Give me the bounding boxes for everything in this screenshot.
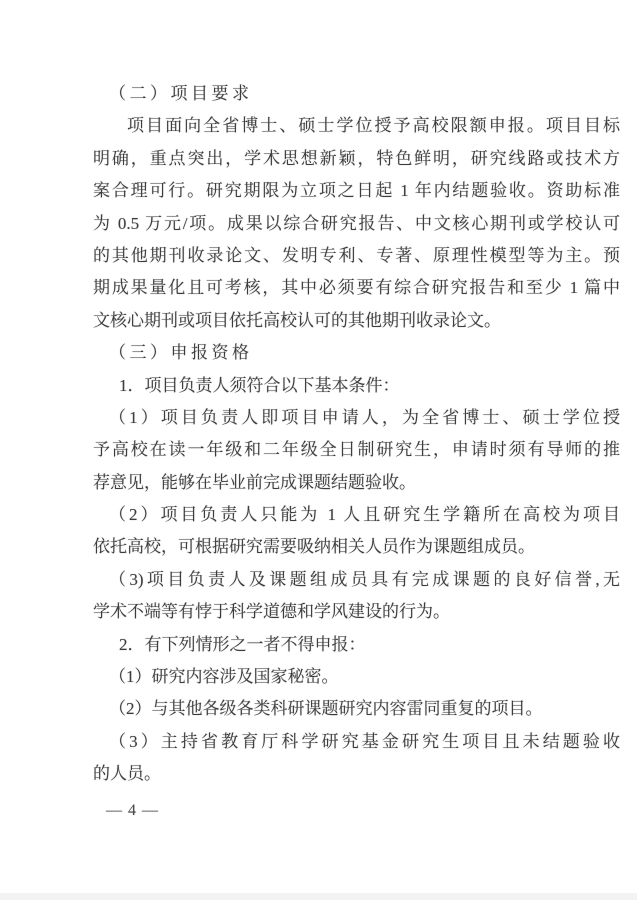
section-heading-2: （二）项目要求 (93, 78, 620, 110)
text-line: 案合理可行。研究期限为立项之日起 1 年内结题验收。资助标准 (93, 175, 620, 207)
section-heading-3: （三）申报资格 (93, 337, 620, 369)
document-page: （二）项目要求 项目面向全省博士、硕士学位授予高校限额申报。项目目标 明确，重点… (0, 0, 637, 900)
sub-item-1-line: （1）项目负责人即项目申请人，为全省博士、硕士学位授 (93, 402, 620, 434)
text-line: 的其他期刊收录论文、发明专利、专著、原理性模型等为主。预 (93, 240, 620, 272)
sub-item-3-line: （3)项目负责人及课题组成员具有完成课题的良好信誉,无 (93, 564, 620, 596)
sub-item-2-line: （2）项目负责人只能为 1 人且研究生学籍所在高校为项目 (93, 499, 620, 531)
text-line: 期成果量化且可考核，其中必须要有综合研究报告和至少 1 篇中 (93, 272, 620, 304)
text-line: 项目面向全省博士、硕士学位授予高校限额申报。项目目标 (93, 110, 620, 142)
text-line: 依托高校，可根据研究需要吸纳相关人员作为课题组成员。 (93, 531, 620, 563)
text-line: 学术不端等有悖于科学道德和学风建设的行为。 (93, 596, 620, 628)
text-line: 荐意见，能够在毕业前完成课题结题验收。 (93, 467, 620, 499)
sub-item-3-line: （3）主持省教育厅科学研究基金研究生项目且未结题验收 (93, 726, 620, 758)
text-line: 予高校在读一年级和二年级全日制研究生，申请时须有导师的推 (93, 434, 620, 466)
text-line: 明确，重点突出，学术思想新颖，特色鲜明，研究线路或技术方 (93, 143, 620, 175)
numbered-item-1: 1．项目负责人须符合以下基本条件： (93, 370, 620, 402)
document-body: （二）项目要求 项目面向全省博士、硕士学位授予高校限额申报。项目目标 明确，重点… (93, 78, 620, 791)
text-line: 为 0.5 万元/项。成果以综合研究报告、中文核心期刊或学校认可 (93, 208, 620, 240)
text-line: 的人员。 (93, 758, 620, 790)
sub-item-1-line: （1）研究内容涉及国家秘密。 (93, 661, 620, 693)
scan-edge-strip (0, 893, 637, 900)
page-number: — 4 — (106, 799, 159, 823)
sub-item-2-line: （2）与其他各级各类科研课题研究内容雷同重复的项目。 (93, 693, 620, 725)
text-line: 文核心期刊或项目依托高校认可的其他期刊收录论文。 (93, 305, 620, 337)
numbered-item-2: 2．有下列情形之一者不得申报： (93, 629, 620, 661)
